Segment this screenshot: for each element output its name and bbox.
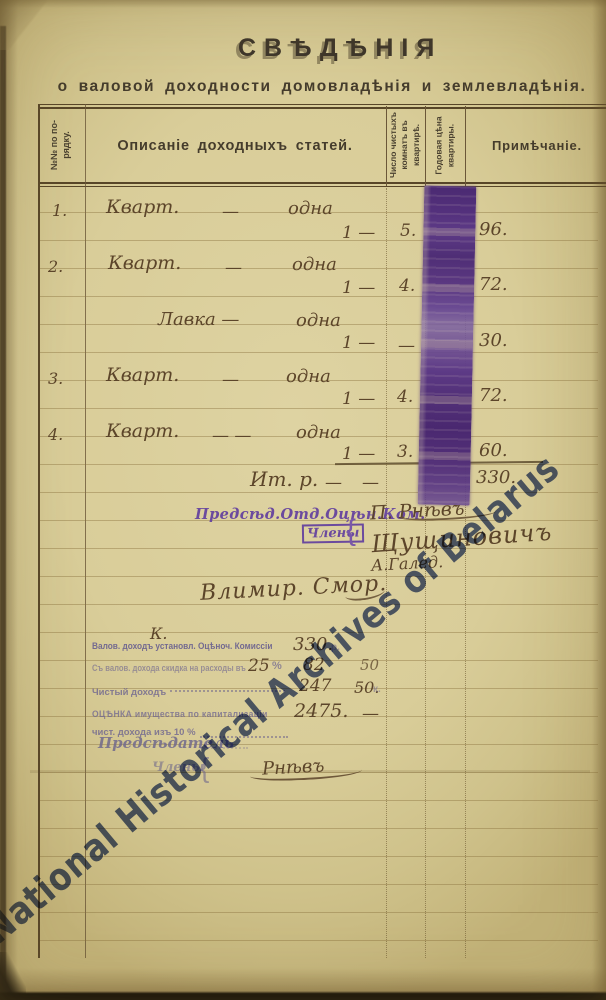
- row-note-value: 96.: [479, 219, 508, 240]
- row-count: 1 —: [342, 223, 375, 243]
- row-note-value: 72.: [479, 274, 508, 295]
- total-label: Ит. р.: [250, 467, 318, 491]
- paper-top-shadow: [0, 0, 606, 8]
- column-header-number: №№ по по- рядку.: [49, 107, 73, 183]
- members-brace: {: [346, 514, 356, 548]
- row-description: Кварт.: [108, 252, 181, 274]
- assessment-value-capital: 2475.: [294, 700, 348, 722]
- assessment-value-deduction-kop: 50: [360, 656, 379, 674]
- row-rooms: —: [398, 336, 415, 356]
- row-dash: — —: [212, 426, 251, 446]
- row-description: Кварт.: [106, 420, 179, 442]
- row-rooms: 4.: [397, 387, 413, 407]
- header-line-price: [425, 106, 426, 186]
- row-number: 4.: [48, 425, 63, 444]
- row-rooms: 5.: [400, 221, 416, 241]
- row-note-value: 60.: [479, 440, 508, 461]
- assessment-value-capital-dash: —: [362, 704, 379, 724]
- row-quantity: одна: [288, 198, 333, 219]
- row-count: 1 —: [342, 278, 375, 298]
- row-number: 3.: [48, 369, 63, 388]
- column-header-price: Годовая цѣна квартиры.: [434, 108, 457, 184]
- row-rooms: 3.: [397, 442, 413, 462]
- row-dash: —: [222, 370, 239, 390]
- row-quantity: одна: [296, 422, 341, 443]
- row-count: 1 —: [342, 389, 375, 409]
- row-number: 2.: [48, 257, 63, 276]
- row-quantity: одна: [296, 310, 341, 331]
- archival-document-scan: СВѢДѢНІЯ о валовой доходности домовладѣн…: [0, 0, 606, 1000]
- column-header-description: Описаніе доходныхъ статей.: [117, 138, 352, 154]
- row-description: Лавка —: [158, 309, 239, 330]
- header-border-bottom: [38, 182, 606, 184]
- table-border-top-thin: [38, 104, 606, 105]
- kopeck-mark: к.: [373, 684, 381, 695]
- paper-left-edge: [0, 26, 6, 1000]
- document-title: СВѢДѢНІЯ: [238, 34, 442, 63]
- header-line-rooms: [386, 106, 387, 186]
- row-dash: —: [222, 202, 239, 222]
- row-rooms: 4.: [399, 276, 415, 296]
- assessment-line2: Съ валов. дохода скидка на расходы въ: [92, 663, 246, 673]
- total-dash: —: [325, 473, 342, 493]
- purple-ink-stamp: [418, 185, 477, 505]
- row-description: Кварт.: [106, 364, 179, 386]
- column-header-note: Примѣчаніе.: [492, 138, 582, 153]
- table-border-top: [38, 107, 606, 109]
- total-dash: —: [362, 473, 379, 493]
- paper-corner-fold: [0, 0, 66, 50]
- row-count: 1 —: [342, 333, 375, 353]
- row-note-value: 30.: [479, 330, 508, 351]
- column-header-rooms: Число чистыхъ комнатъ въ квартирѣ.: [388, 107, 422, 183]
- assessment-line3: Чистый доходъ: [92, 687, 166, 698]
- row-quantity: одна: [286, 366, 331, 387]
- assessment-line1: Валов. доходъ установл. Оцѣноч. Комиссіи: [92, 641, 272, 651]
- row-quantity: одна: [292, 254, 337, 275]
- header-line-note: [465, 106, 466, 186]
- scan-background-strip: [0, 991, 606, 1000]
- row-description: Кварт.: [106, 196, 179, 218]
- row-number: 1.: [52, 201, 67, 220]
- row-note-value: 72.: [479, 385, 508, 406]
- document-subtitle: о валовой доходности домовладѣнія и земл…: [58, 78, 587, 96]
- row-count: 1 —: [342, 444, 375, 464]
- row-dash: —: [225, 258, 242, 278]
